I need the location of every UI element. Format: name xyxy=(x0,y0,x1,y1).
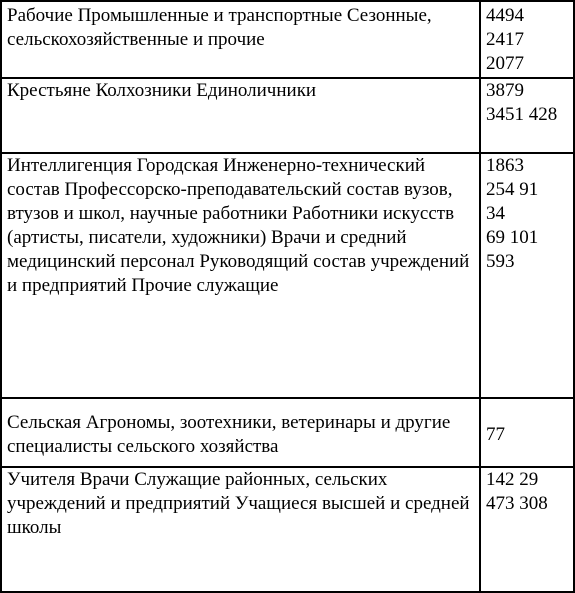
row-label-cell: Сельская Агрономы, зоотехники, ветеринар… xyxy=(2,397,481,466)
row-value: 2077 xyxy=(486,52,569,76)
table-row: Крестьяне Колхозники Единоличники 3879 3… xyxy=(2,77,573,154)
table-row: Рабочие Промышленные и транспортные Сезо… xyxy=(2,2,573,79)
row-value: 3451 428 xyxy=(486,103,569,127)
row-value: 473 308 xyxy=(486,492,569,516)
row-label-cell: Рабочие Промышленные и транспортные Сезо… xyxy=(2,2,481,77)
row-label: Учителя Врачи Служащие районных, сельски… xyxy=(7,469,470,538)
table-row: Учителя Врачи Служащие районных, сельски… xyxy=(2,466,573,591)
row-value: 593 xyxy=(486,250,569,274)
row-values-cell: 1863 254 91 34 69 101 593 xyxy=(481,152,573,397)
row-label: Рабочие Промышленные и транспортные Сезо… xyxy=(7,5,432,50)
row-label: Сельская Агрономы, зоотехники, ветеринар… xyxy=(7,411,475,459)
row-value: 142 29 xyxy=(486,468,569,492)
row-value: 4494 xyxy=(486,4,569,28)
statistics-table: Рабочие Промышленные и транспортные Сезо… xyxy=(0,0,575,593)
row-label-cell: Учителя Врачи Служащие районных, сельски… xyxy=(2,466,481,591)
row-value: 2417 xyxy=(486,28,569,52)
row-value: 77 xyxy=(486,423,505,447)
row-label-cell: Интеллигенция Городская Инженерно-технич… xyxy=(2,152,481,397)
table-row: Интеллигенция Городская Инженерно-технич… xyxy=(2,152,573,399)
row-value: 3879 xyxy=(486,79,569,103)
row-value: 34 xyxy=(486,202,569,226)
row-value: 1863 xyxy=(486,154,569,178)
row-label-cell: Крестьяне Колхозники Единоличники xyxy=(2,77,481,152)
row-label: Интеллигенция Городская Инженерно-технич… xyxy=(7,155,469,296)
row-values-cell: 3879 3451 428 xyxy=(481,77,573,152)
row-values-cell: 4494 2417 2077 xyxy=(481,2,573,77)
row-values-cell: 77 xyxy=(481,397,573,466)
row-label: Крестьяне Колхозники Единоличники xyxy=(7,80,316,101)
row-value: 69 101 xyxy=(486,226,569,250)
row-values-cell: 142 29 473 308 xyxy=(481,466,573,591)
table-row: Сельская Агрономы, зоотехники, ветеринар… xyxy=(2,397,573,468)
row-value: 254 91 xyxy=(486,178,569,202)
